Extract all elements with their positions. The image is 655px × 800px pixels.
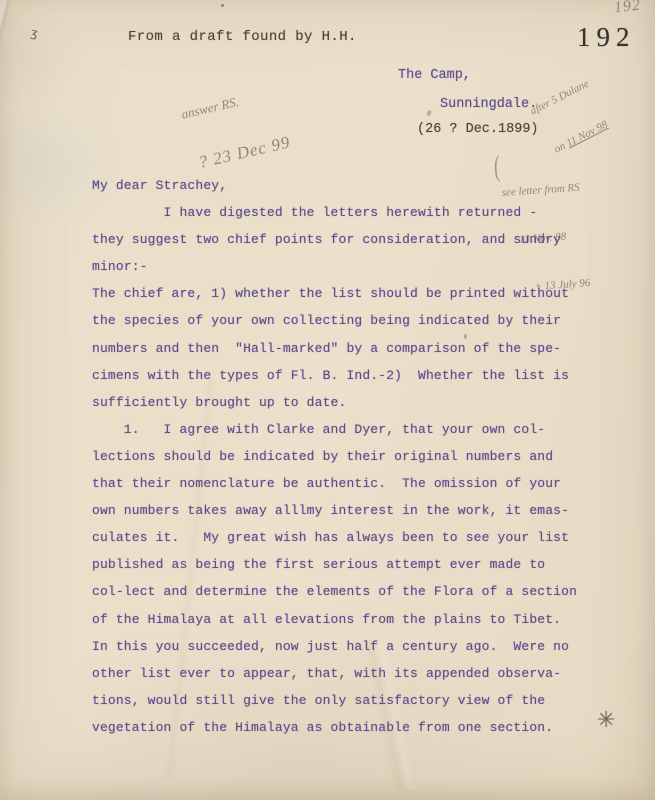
typed-line: that their nomenclature be authentic. Th…	[92, 470, 577, 497]
typed-line: I have digested the letters herewith ret…	[92, 199, 577, 226]
address-line-sunningdale: Sunningdale.	[440, 97, 537, 112]
typed-line: col-lect and determine the elements of t…	[92, 578, 577, 605]
typed-line: vegetation of the Himalaya as obtainable…	[92, 714, 577, 741]
typed-line: My dear Strachey,	[92, 172, 577, 199]
typed-line: The chief are, 1) whether the list shoul…	[92, 280, 577, 307]
scanned-letter-page: From a draft found by H.H. 192 192 ʒ ans…	[0, 0, 655, 800]
typed-line: published as being the first serious att…	[92, 551, 577, 578]
typed-line: 1. I agree with Clarke and Dyer, that yo…	[92, 416, 577, 443]
archivist-header-note: From a draft found by H.H.	[128, 29, 357, 45]
typed-line: minor:-	[92, 253, 577, 280]
typed-line: tions, would still give the only satisfa…	[92, 687, 577, 714]
typed-line: cimens with the types of Fl. B. Ind.-2) …	[92, 362, 577, 389]
address-line-camp: The Camp,	[398, 68, 471, 83]
page-number: 192	[577, 22, 636, 53]
pencil-note-answer-line2: ? 23 Dec 99	[197, 133, 292, 171]
typed-line: the species of your own collecting being…	[92, 307, 577, 334]
typed-line: own numbers takes away alllmy interest i…	[92, 497, 577, 524]
typed-line: numbers and then "Hall-marked" by a comp…	[92, 335, 577, 362]
pencil-note-after-date: 11 Nov 98	[565, 119, 610, 150]
end-asterisk-mark: ✳	[597, 708, 615, 733]
red-folio-number: 192	[613, 0, 642, 18]
paper-speck	[221, 4, 224, 7]
typed-line: other list ever to appear, that, with it…	[92, 660, 577, 687]
date-line: (26 ? Dec.1899)	[417, 122, 539, 137]
letter-body: My dear Strachey, I have digested the le…	[92, 172, 577, 741]
typed-line: of the Himalaya at all elevations from t…	[92, 606, 577, 633]
pencil-speck	[426, 109, 432, 116]
pencil-note-after-line1: after 5 Dulane	[528, 77, 592, 119]
ink-squiggle-mark: ʒ	[29, 25, 39, 40]
typed-line: In this you succeeded, now just half a c…	[92, 633, 577, 660]
typed-line: culates it. My great wish has always bee…	[92, 524, 577, 551]
pencil-note-answer-line1: answer RS.	[180, 84, 281, 123]
typed-line: sufficiently brought up to date.	[92, 389, 577, 416]
typed-line: lections should be indicated by their or…	[92, 443, 577, 470]
typed-line: they suggest two chief points for consid…	[92, 226, 577, 253]
paper-speck	[464, 334, 467, 339]
